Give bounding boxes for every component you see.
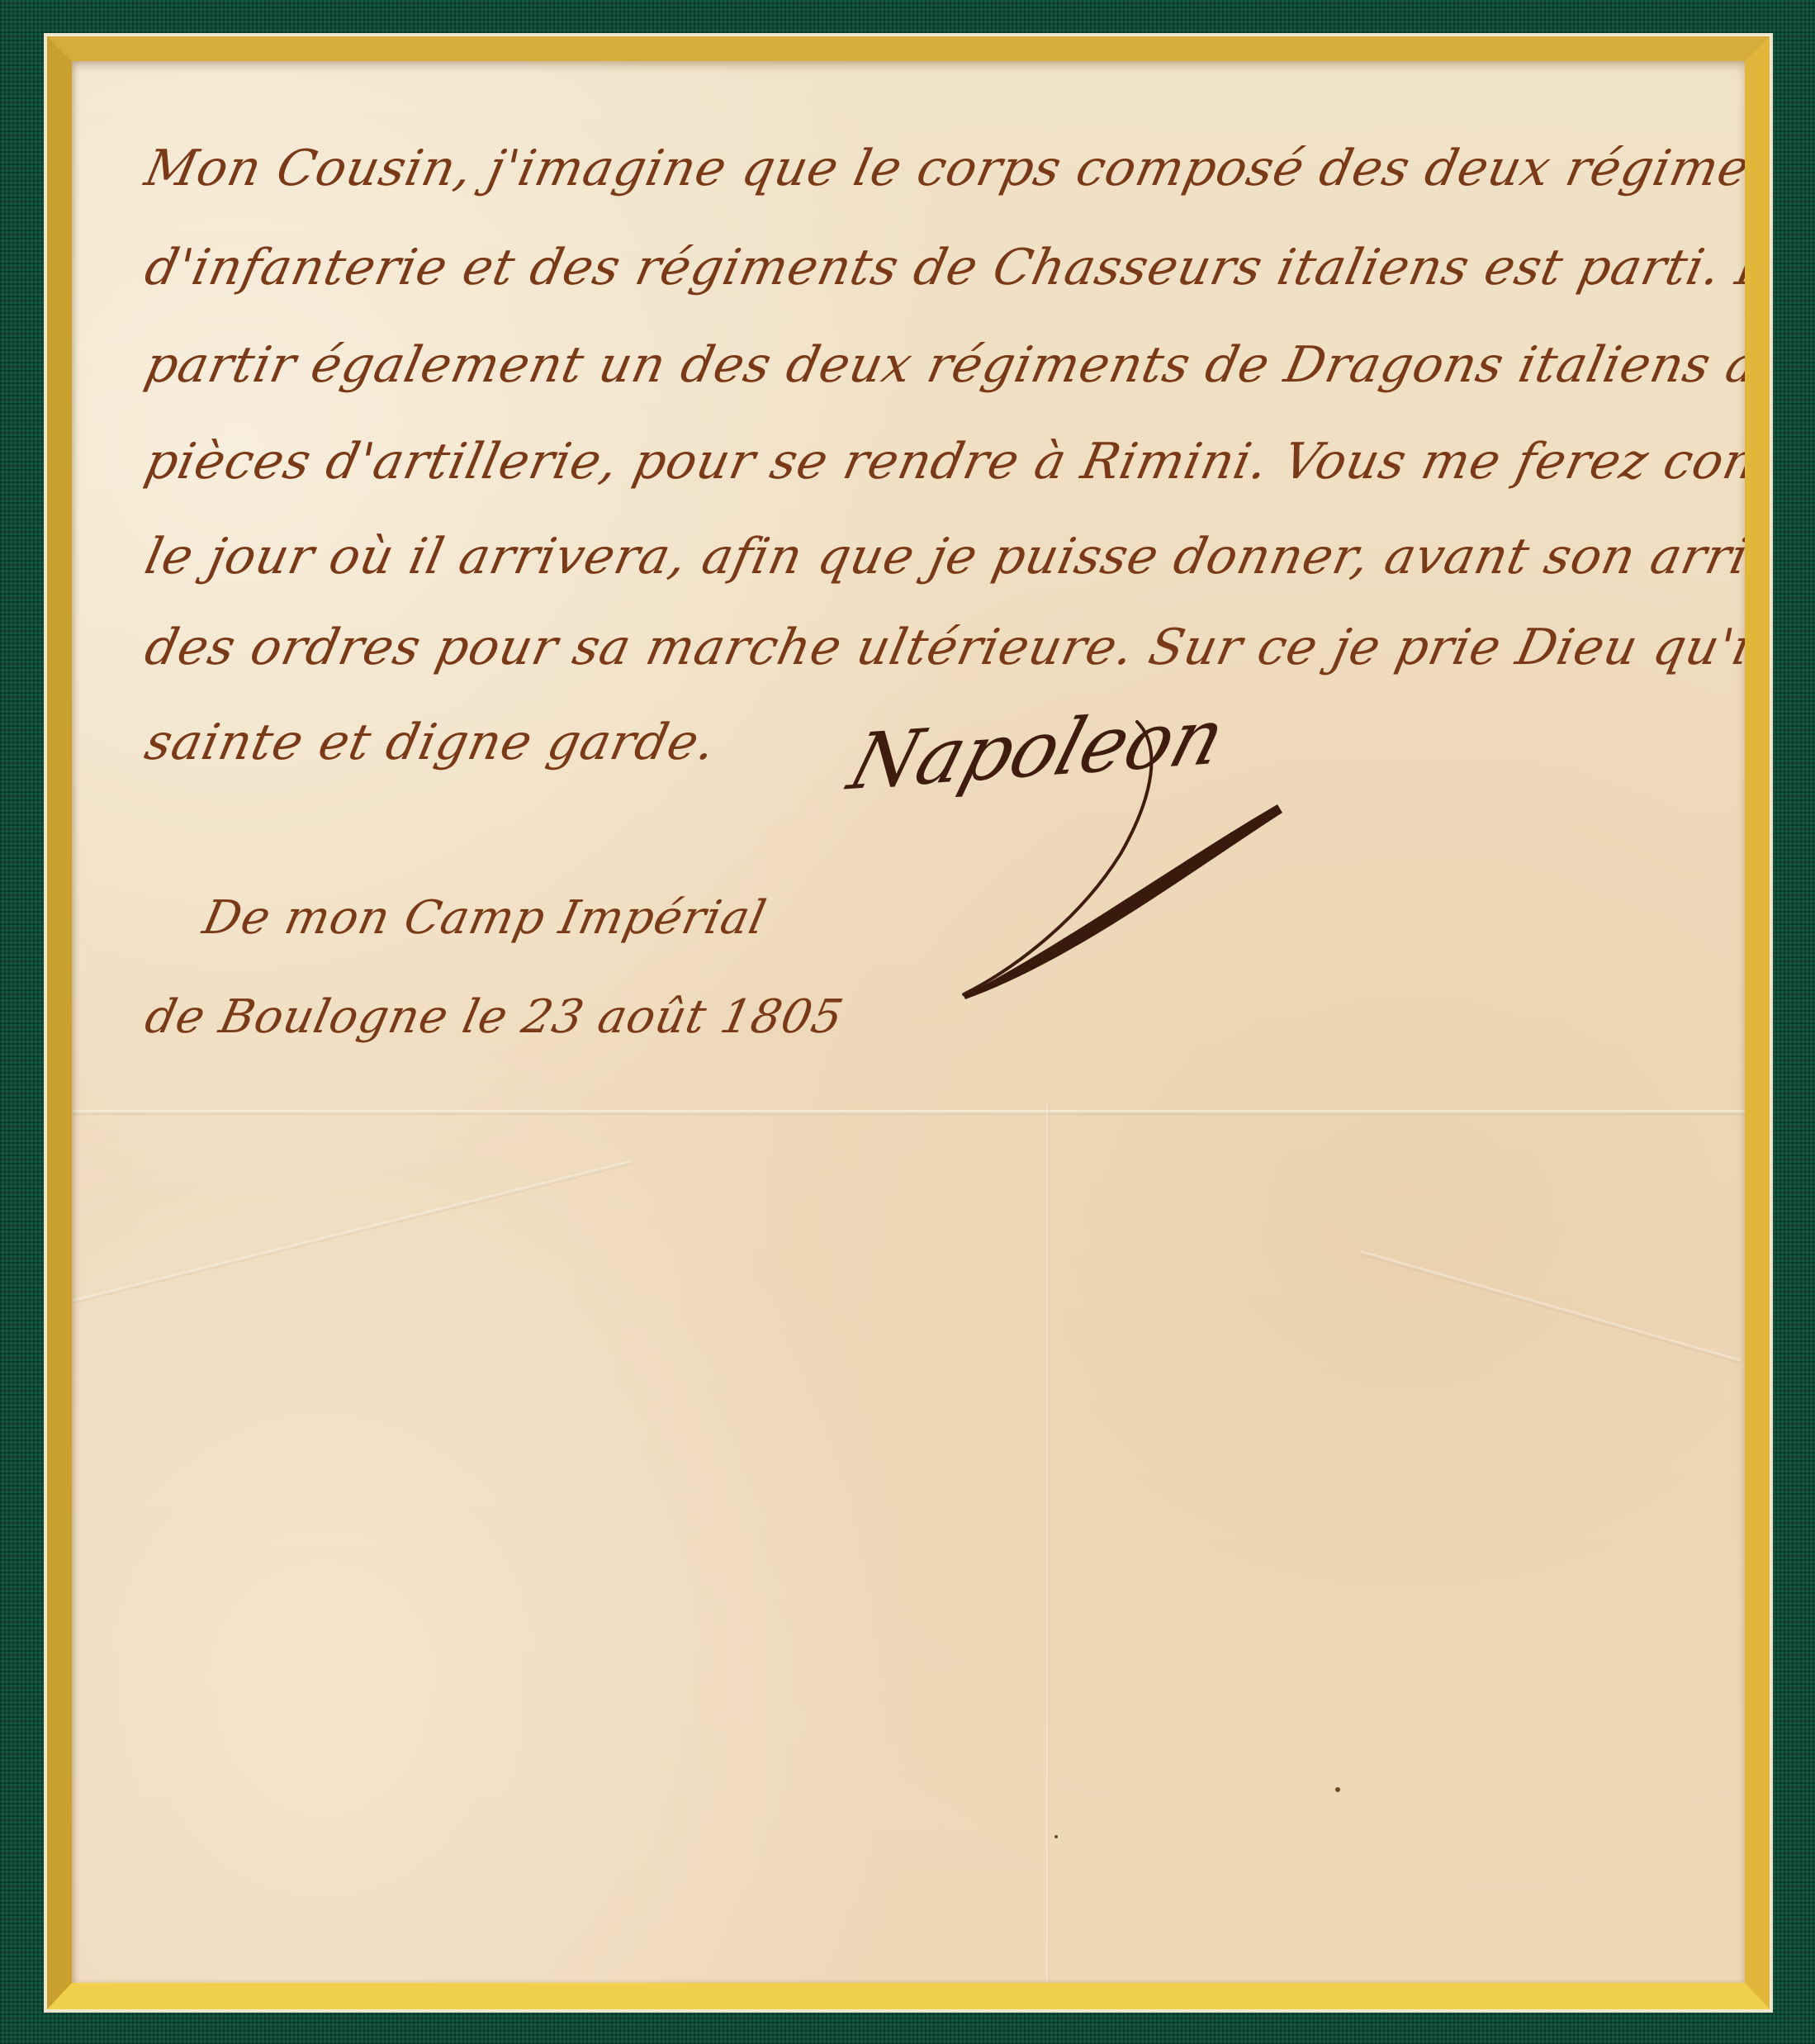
gilt-inner-shadow (72, 61, 1745, 1983)
gilt-frame-border (47, 36, 1770, 2009)
